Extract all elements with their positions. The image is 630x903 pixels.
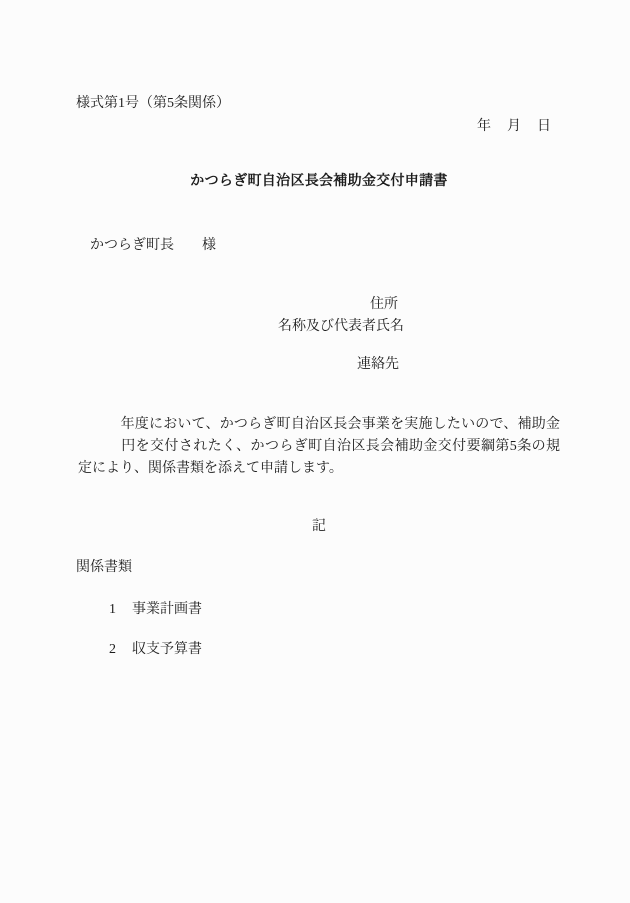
attachments-heading: 関係書類 — [76, 558, 132, 578]
attachment-number: 1 — [109, 600, 132, 620]
body-line-1: 年度において、かつらぎ町自治区長会事業を実施したいので、補助金 — [78, 415, 560, 435]
attachment-label: 収支予算書 — [132, 642, 202, 657]
body-line-3: 定により、関係書類を添えて申請します。 — [78, 459, 560, 479]
document-title: かつらぎ町自治区長会補助金交付申請書 — [78, 172, 560, 192]
attachment-number: 2 — [109, 640, 132, 660]
date-line: 年 月 日 — [477, 117, 552, 137]
document-page: 様式第1号（第5条関係） 年 月 日 かつらぎ町自治区長会補助金交付申請書 かつ… — [0, 0, 630, 903]
applicant-contact-label: 連絡先 — [357, 355, 399, 375]
attachment-label: 事業計画書 — [132, 602, 202, 617]
body-line-2: 円を交付されたく、かつらぎ町自治区長会補助金交付要綱第5条の規 — [78, 437, 560, 457]
attachment-item: 2収支予算書 — [95, 620, 202, 680]
form-number: 様式第1号（第5条関係） — [76, 94, 230, 114]
applicant-address-label: 住所 — [370, 295, 398, 315]
record-heading: 記 — [78, 517, 560, 537]
applicant-name-representative-label: 名称及び代表者氏名 — [278, 317, 404, 337]
addressee-line: かつらぎ町長 様 — [90, 236, 216, 256]
